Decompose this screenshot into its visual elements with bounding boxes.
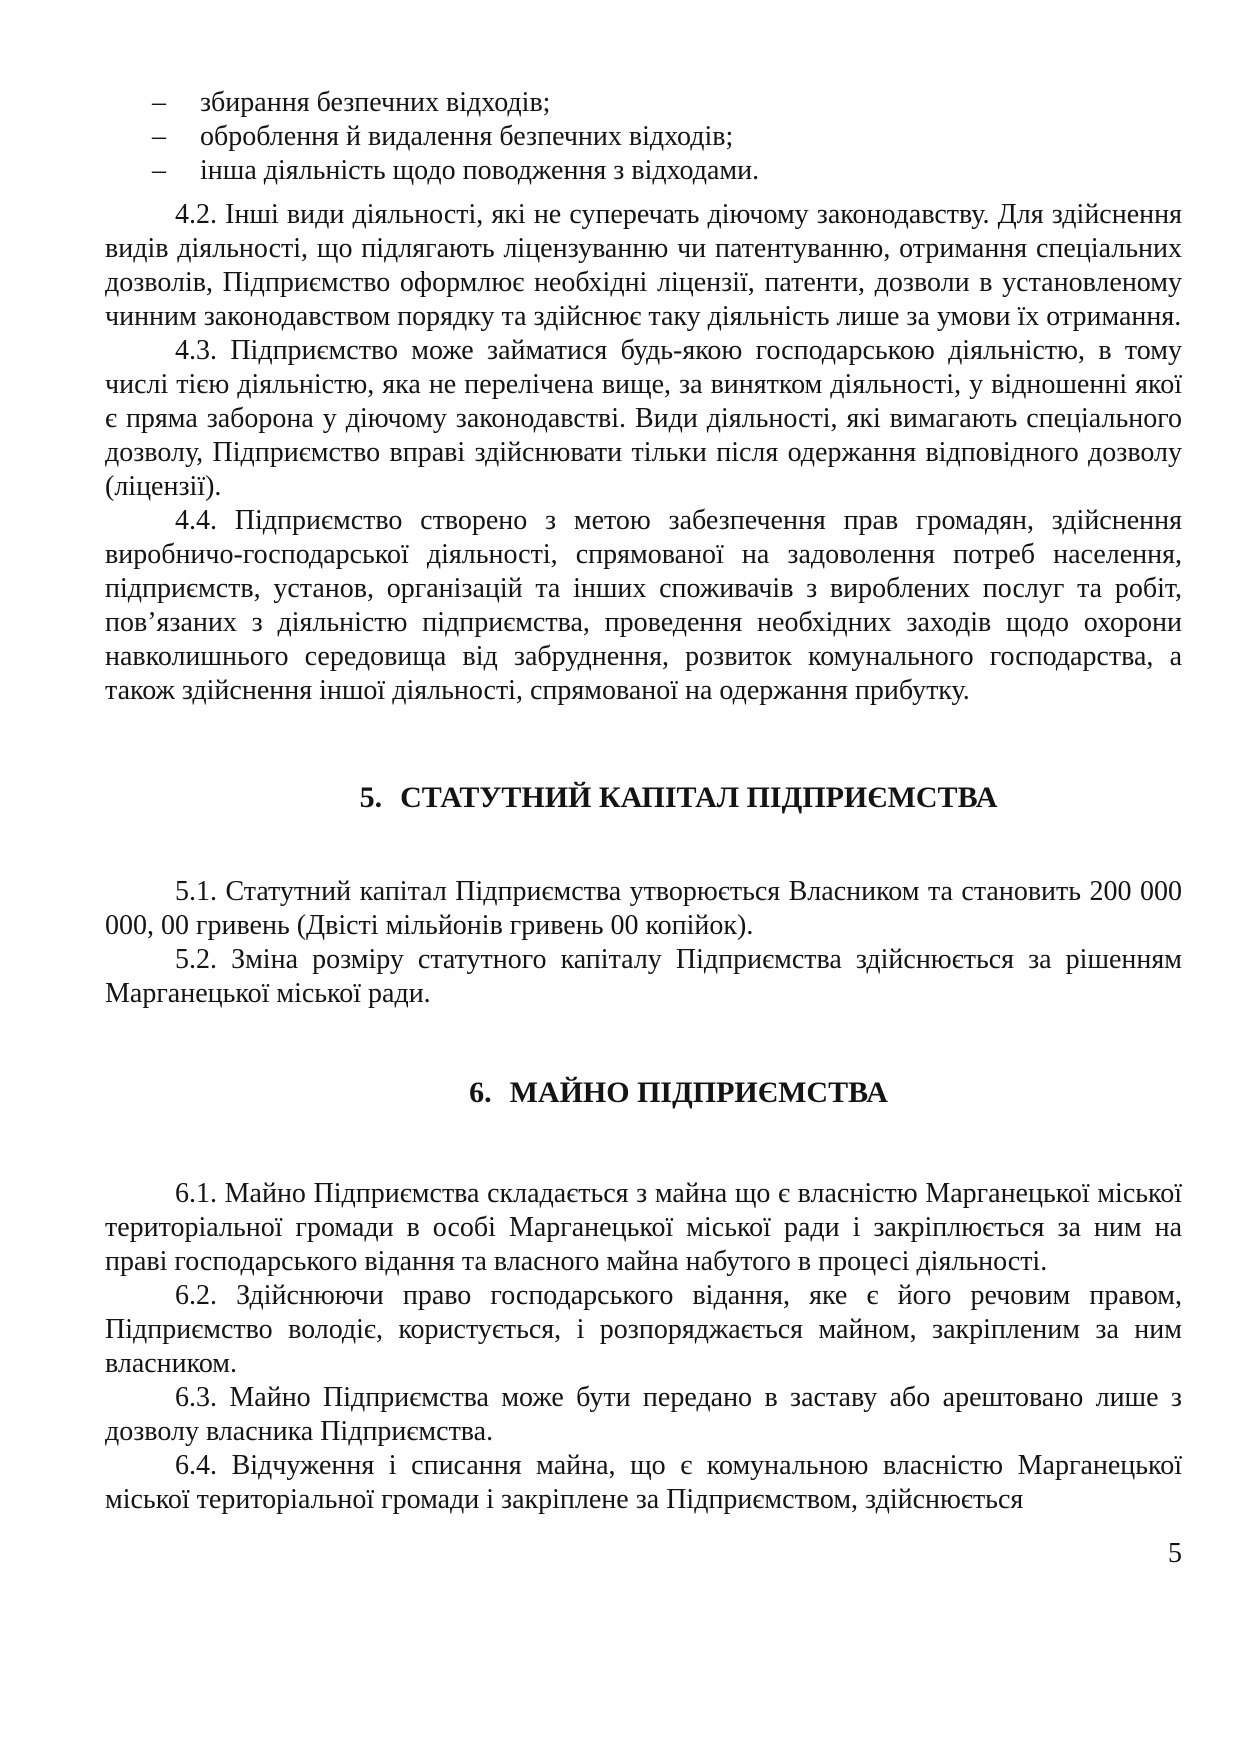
dash-marker: – — [152, 154, 166, 188]
bullet-list: – збирання безпечних відходів; – обробле… — [105, 86, 1182, 188]
paragraph-6-2: 6.2. Здійснюючи право господарського від… — [105, 1279, 1182, 1381]
section-5-heading: 5.СТАТУТНИЙ КАПІТАЛ ПІДПРИЄМСТВА — [105, 778, 1182, 818]
paragraph-6-3: 6.3. Майно Підприємства може бути переда… — [105, 1381, 1182, 1449]
list-item-text: інша діяльність щодо поводження з відход… — [200, 155, 759, 186]
section-5-heading-number: 5. — [360, 781, 383, 814]
section-5-heading-title: СТАТУТНИЙ КАПІТАЛ ПІДПРИЄМСТВА — [400, 781, 997, 814]
list-item-text: оброблення й видалення безпечних відході… — [200, 121, 733, 152]
paragraph-6-4: 6.4. Відчуження і списання майна, що є к… — [105, 1449, 1182, 1517]
list-item: – інша діяльність щодо поводження з відх… — [105, 154, 1182, 188]
list-item: – збирання безпечних відходів; — [105, 86, 1182, 120]
section-6-heading: 6.МАЙНО ПІДПРИЄМСТВА — [105, 1073, 1182, 1113]
paragraph-4-3: 4.3. Підприємство може займатися будь-як… — [105, 334, 1182, 504]
paragraph-5-2: 5.2. Зміна розміру статутного капіталу П… — [105, 943, 1182, 1011]
page-content: – збирання безпечних відходів; – обробле… — [105, 86, 1182, 1571]
paragraph-4-2: 4.2. Інші види діяльності, які не супере… — [105, 198, 1182, 334]
dash-marker: – — [152, 86, 166, 120]
document-page: – збирання безпечних відходів; – обробле… — [0, 0, 1240, 1755]
page-number: 5 — [105, 1537, 1182, 1571]
paragraph-5-1: 5.1. Статутний капітал Підприємства утво… — [105, 875, 1182, 943]
section-6-heading-number: 6. — [469, 1076, 492, 1109]
paragraph-4-4: 4.4. Підприємство створено з метою забез… — [105, 504, 1182, 708]
list-item-text: збирання безпечних відходів; — [200, 87, 550, 118]
dash-marker: – — [152, 120, 166, 154]
section-6-heading-title: МАЙНО ПІДПРИЄМСТВА — [510, 1076, 888, 1109]
list-item: – оброблення й видалення безпечних відхо… — [105, 120, 1182, 154]
paragraph-6-1: 6.1. Майно Підприємства складається з ма… — [105, 1177, 1182, 1279]
